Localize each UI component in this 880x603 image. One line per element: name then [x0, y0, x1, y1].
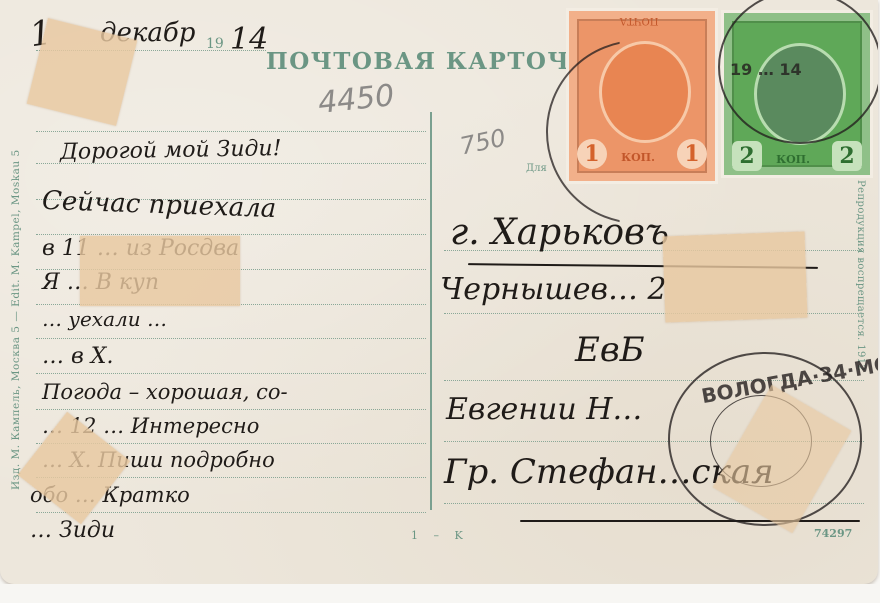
message-line: … уехали … [42, 307, 167, 331]
writing-line [36, 512, 426, 513]
tape-remnant [663, 232, 808, 323]
writing-line [36, 409, 426, 410]
postcard-title: ПОЧТОВАЯ КАРТОЧ [266, 48, 570, 75]
address-street: Чернышев… 2 [440, 272, 667, 307]
writing-line [36, 131, 426, 132]
series-mark: 1 – K [411, 529, 469, 542]
stamp-unit: КОП. [613, 151, 663, 164]
tape-remnant [80, 236, 240, 306]
message-line: … в Х. [42, 344, 113, 369]
writing-line [36, 234, 426, 235]
message-line: … Зиди [30, 518, 115, 543]
scanner-background [0, 584, 880, 603]
writing-line [36, 373, 426, 374]
date-year-suffix: 14 [230, 22, 268, 57]
center-divider [430, 112, 432, 510]
pencil-note: 750 [458, 124, 509, 161]
catalog-number: 74297 [814, 527, 852, 540]
writing-line [36, 338, 426, 339]
stamp-unit: КОП. [768, 153, 818, 166]
address-abbrev: ЕвБ [575, 330, 645, 370]
publisher-imprint: Изд. М. Кампель, Москва 5 — Edit. M. Kam… [10, 149, 22, 490]
address-city: г. Харьковъ [450, 212, 669, 253]
message-line: Погода – хорошая, со- [42, 380, 288, 404]
stamp-denomination: 1 [677, 139, 707, 169]
address-underline [520, 520, 860, 522]
address-label: Для [526, 163, 547, 174]
pencil-note: 4450 [316, 78, 396, 121]
postmark-date: 19 … 14 [730, 60, 802, 79]
message-line: Сейчас приехала [42, 186, 277, 224]
address-recipient: Евгении Н… [446, 392, 642, 427]
stamp-denomination: 2 [732, 141, 762, 171]
postcard: 19 ПОЧТОВАЯ КАРТОЧ Изд. М. Кампель, Моск… [0, 0, 878, 584]
stamp-denomination: 2 [832, 141, 862, 171]
message-line: Дорогой мой Зиди! [60, 136, 282, 165]
reproduction-notice: Репродукция воспрещается. 1912 [855, 180, 866, 371]
stamp-top-word: ПОЧТА [609, 15, 669, 26]
